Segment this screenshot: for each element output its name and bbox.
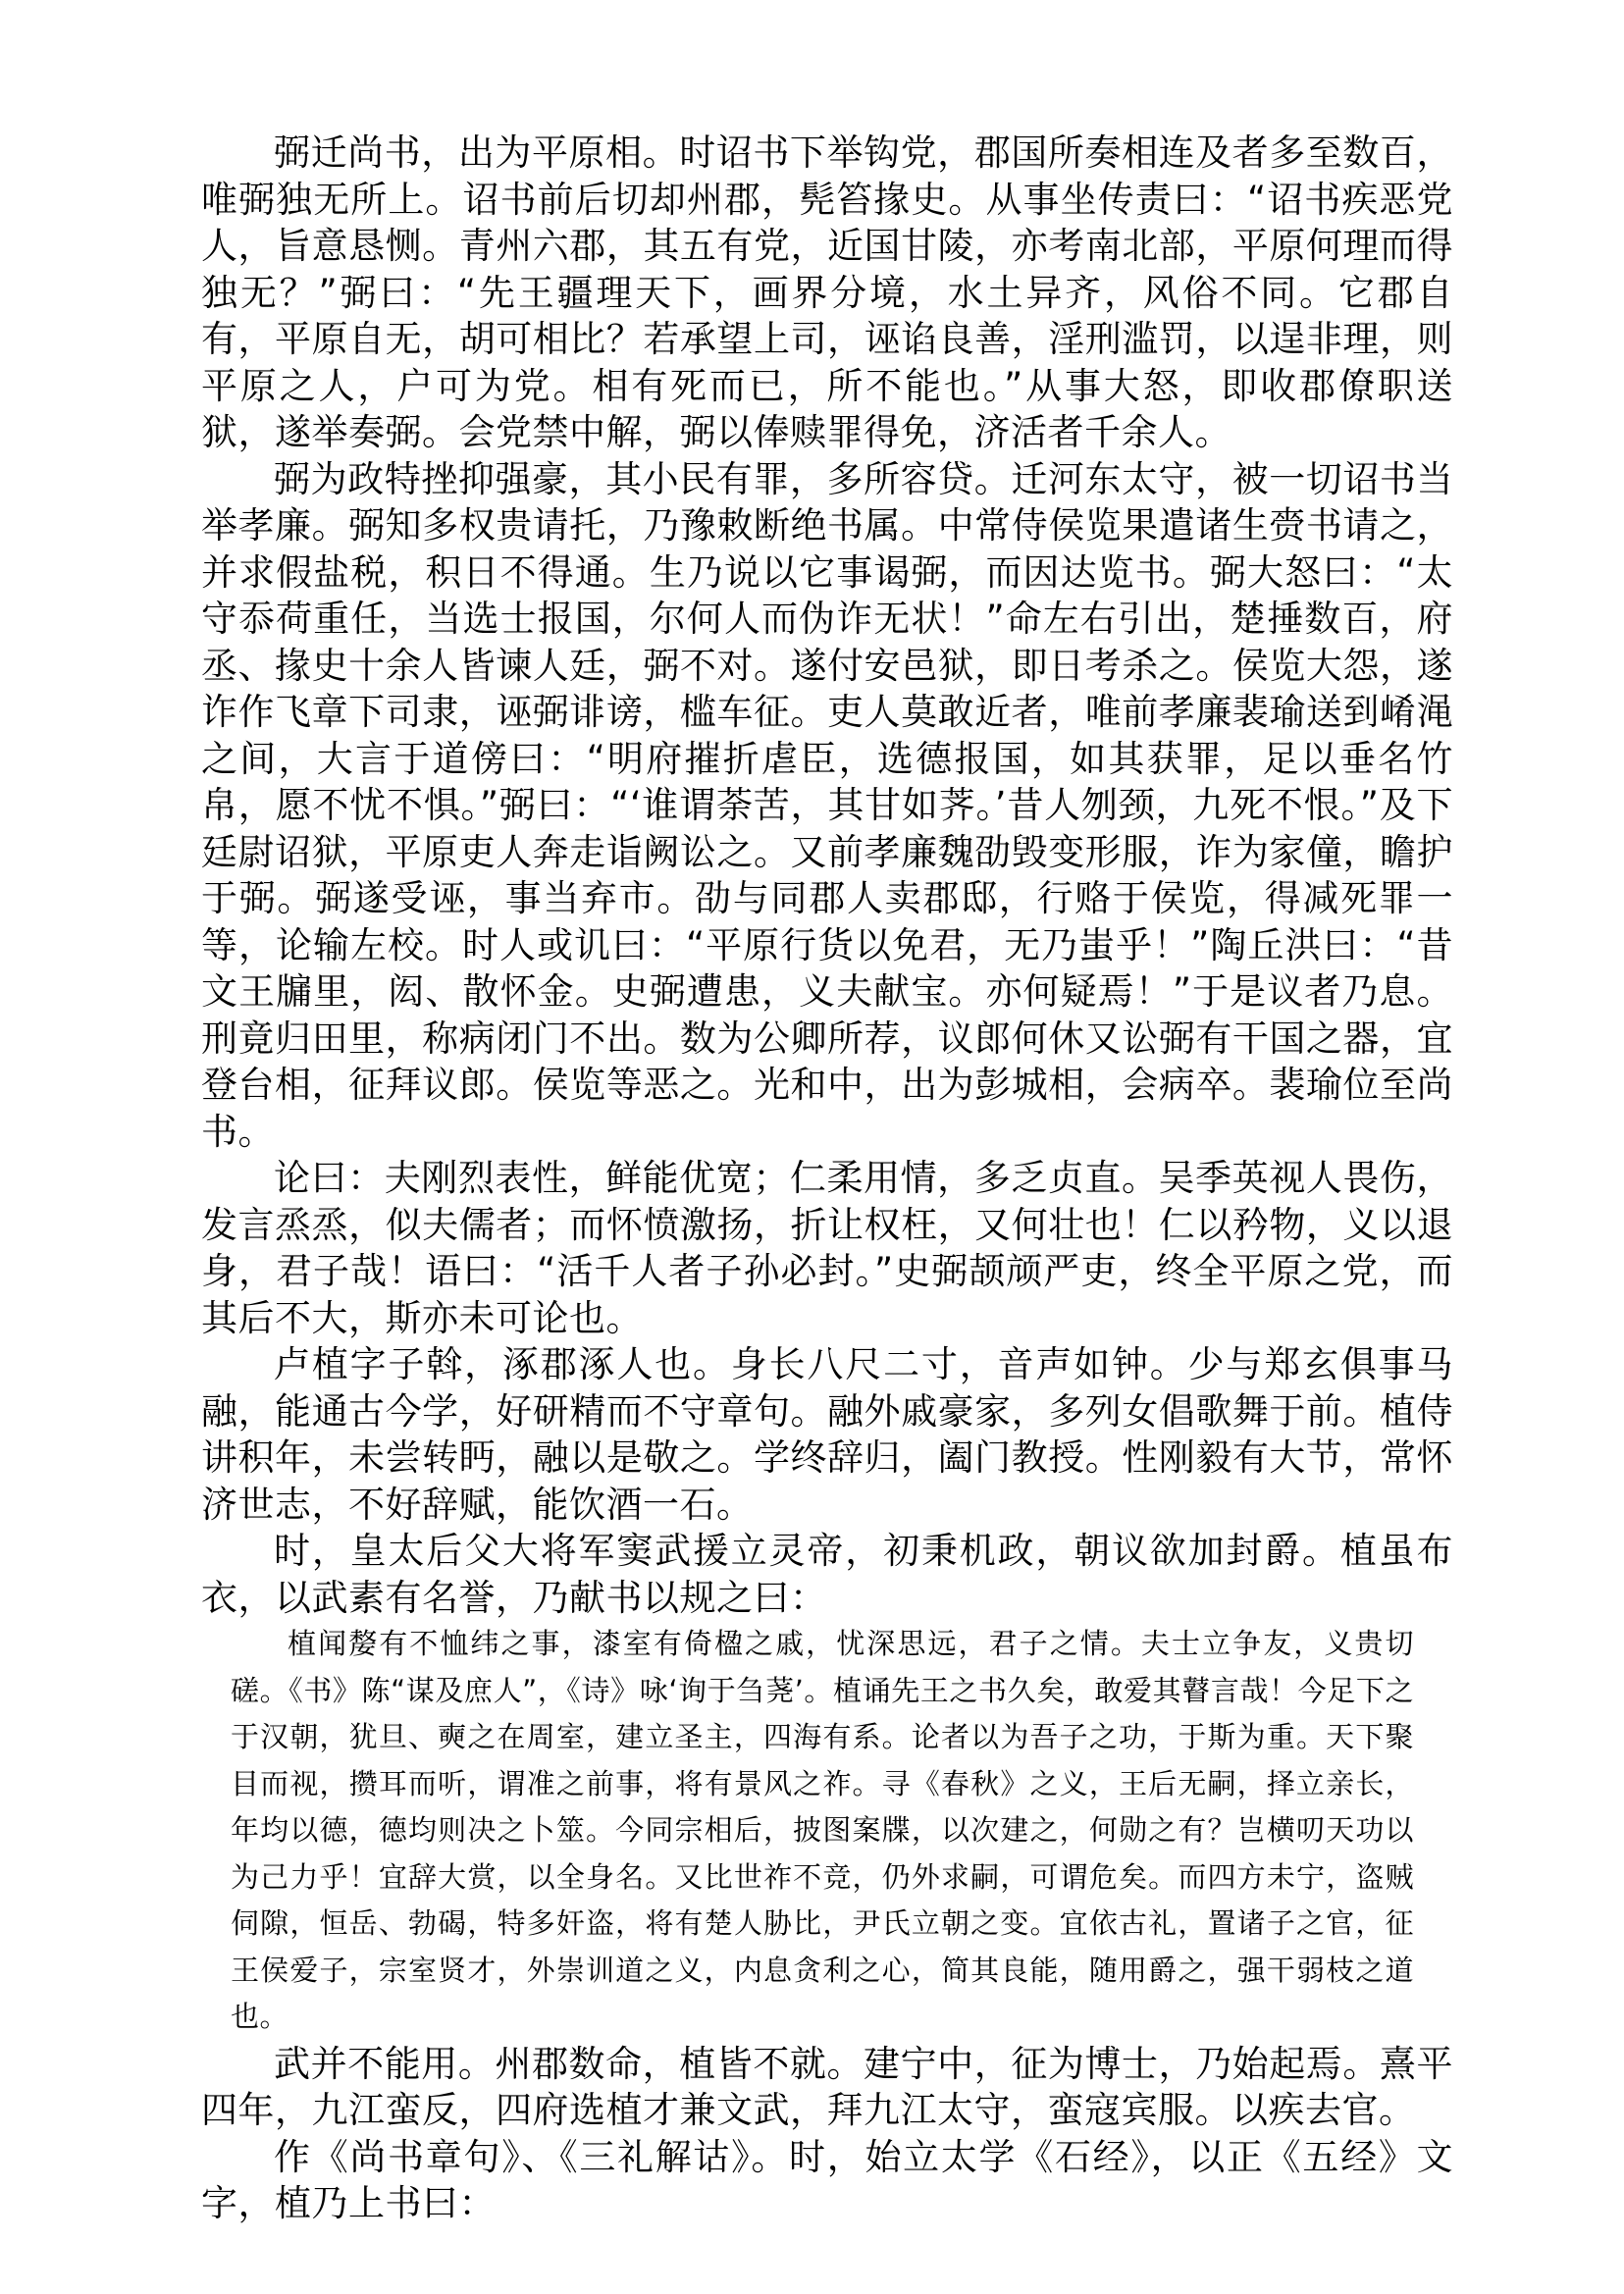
paragraph: 弼为政特挫抑强豪，其小民有罪，多所容贷。迁河东太守，被一切诏书当举孝廉。弼知多权… xyxy=(201,456,1453,1156)
paragraph: 武并不能用。州郡数命，植皆不就。建宁中，征为博士，乃始起焉。熹平四年，九江蛮反，… xyxy=(201,2041,1453,2134)
paragraph: 卢植字子斡，涿郡涿人也。身长八尺二寸，音声如钟。少与郑玄俱事马融，能通古今学，好… xyxy=(201,1341,1453,1528)
block-quote: 植闻嫠有不恤纬之事，漆室有倚楹之戚，忧深思远，君子之情。夫士立争友，义贵切磋。《… xyxy=(231,1621,1414,2041)
paragraph: 作《尚书章句》、《三礼解诂》。时，始立太学《石经》，以正《五经》文字，植乃上书曰… xyxy=(201,2134,1453,2227)
document-body: 弼迁尚书，出为平原相。时诏书下举钩党，郡国所奏相连及者多至数百，唯弼独无所上。诏… xyxy=(201,130,1453,2227)
paragraph: 时，皇太后父大将军窦武援立灵帝，初秉机政，朝议欲加封爵。植虽布衣，以武素有名誉，… xyxy=(201,1528,1453,1621)
document-page: 弼迁尚书，出为平原相。时诏书下举钩党，郡国所奏相连及者多至数百，唯弼独无所上。诏… xyxy=(0,0,1624,2294)
paragraph: 论曰：夫刚烈表性，鲜能优宽；仁柔用情，多乏贞直。吴季英视人畏伤，发言烝烝，似夫儒… xyxy=(201,1155,1453,1341)
paragraph: 弼迁尚书，出为平原相。时诏书下举钩党，郡国所奏相连及者多至数百，唯弼独无所上。诏… xyxy=(201,130,1453,456)
